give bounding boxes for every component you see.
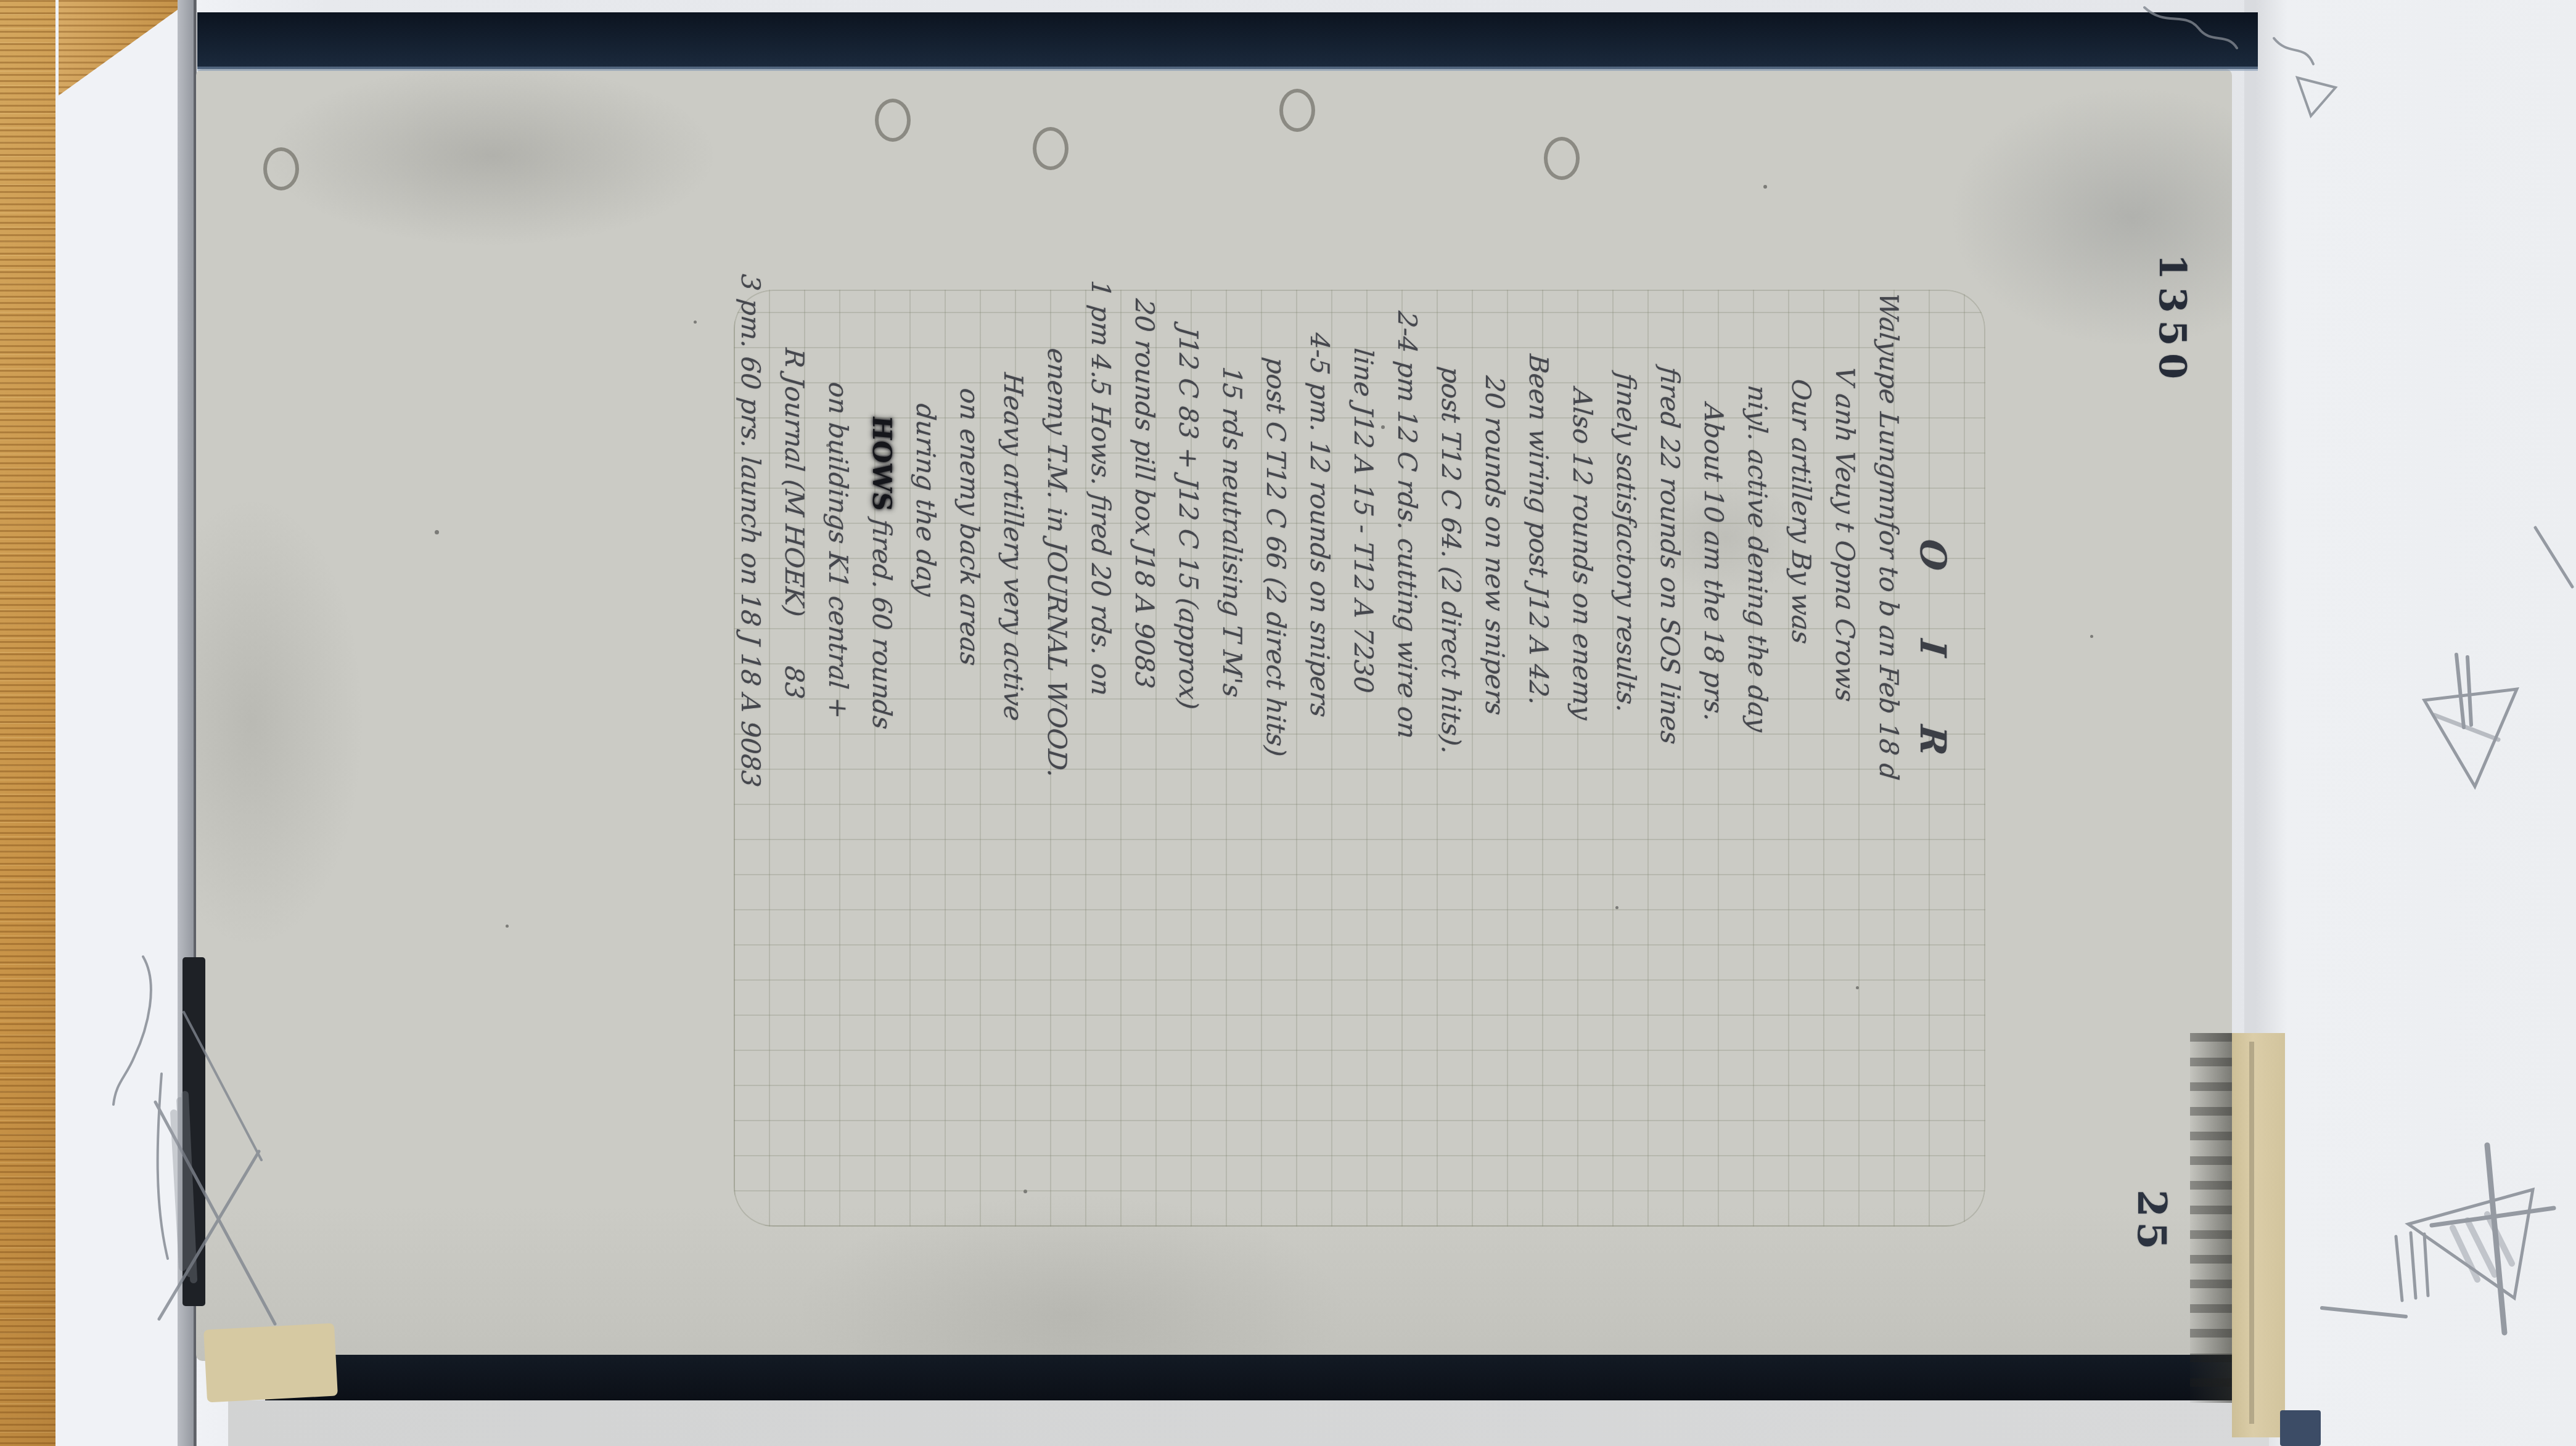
scribble-top-right bbox=[2144, 7, 2336, 116]
scribble-bottom-left bbox=[113, 957, 275, 1324]
pencil-scribbles bbox=[0, 0, 2576, 1446]
triangle-sketch-bottom-right bbox=[2322, 1145, 2554, 1333]
triangle-sketch-right bbox=[2424, 528, 2572, 786]
photograph-of-war-diary-page: O I R Walyupe Lungmnfor to b an Feb 18 d… bbox=[0, 0, 2576, 1446]
